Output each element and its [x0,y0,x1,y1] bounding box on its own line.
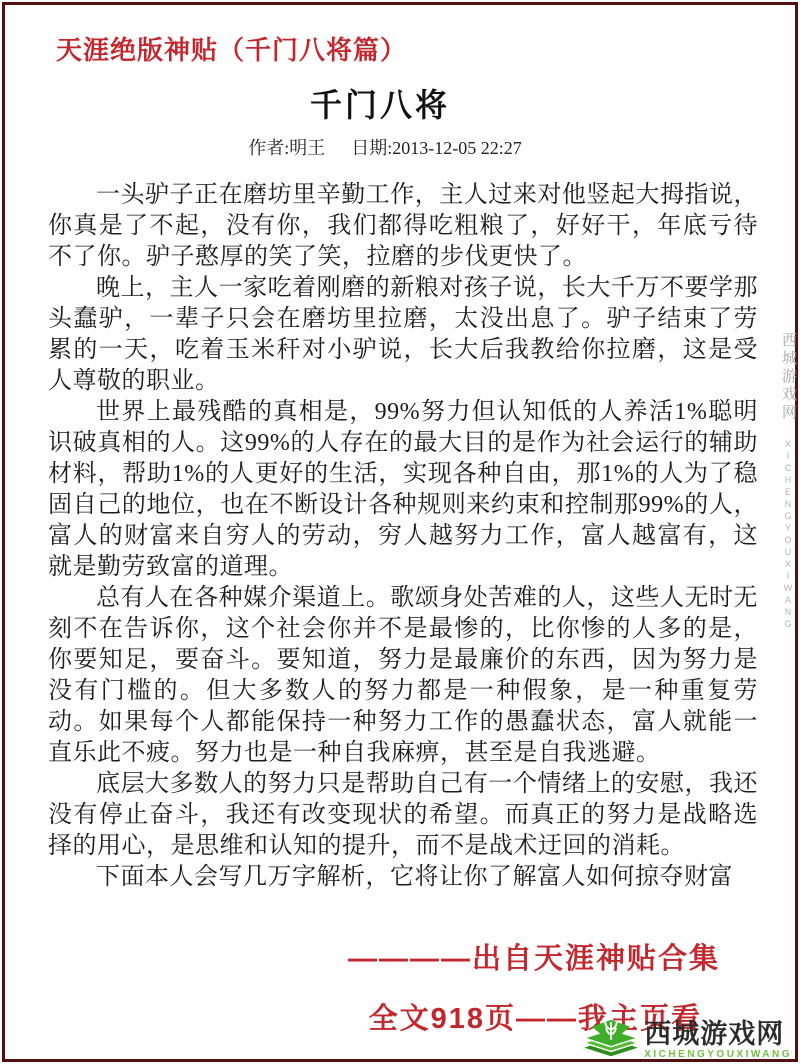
site-logo-name: 西城游戏网 [644,1020,784,1048]
byline: 作者:明王日期:2013-12-05 22:27 [0,134,770,160]
paragraph: 世界上最残酷的真相是，99%努力但认知低的人养活1%聪明识破真相的人。这99%的… [48,397,758,583]
author-label: 作者:明王 [248,138,325,158]
paragraph: 一头驴子正在磨坊里辛勤工作，主人过来对他竖起大拇指说，你真是了不起，没有你，我们… [48,180,758,273]
scanned-document-page: 天涯绝版神贴（千门八将篇） 千门八将 作者:明王日期:2013-12-05 22… [0,0,800,1064]
date-label: 日期:2013-12-05 22:27 [351,138,522,158]
vertical-watermark: 西城游戏网 XICHENGYOUXIWANG [780,332,796,631]
paragraph: 总有人在各种媒介渠道上。歌颂身处苦难的人，这些人无时无刻不在告诉你，这个社会你并… [48,583,758,769]
site-logo-text: 西城游戏网 XICHENGYOUXIWANG [644,1020,792,1059]
stacked-layers-icon [582,1018,640,1062]
site-logo-pinyin: XICHENGYOUXIWANG [644,1049,792,1060]
paragraph: 晚上，主人一家吃着刚磨的新粮对孩子说，长大千万不要学那头蠢驴，一辈子只会在磨坊里… [48,273,758,397]
paragraph: 底层大多数人的努力只是帮助自己有一个情绪上的安慰，我还没有停止奋斗，我还有改变现… [48,769,758,862]
footer-source-line: ————出自天涯神贴合集 [0,936,800,977]
site-logo: 西城游戏网 XICHENGYOUXIWANG [582,1018,792,1062]
vertical-watermark-name: 西城游戏网 [780,332,796,422]
article-body: 一头驴子正在磨坊里辛勤工作，主人过来对他竖起大拇指说，你真是了不起，没有你，我们… [48,180,758,893]
paragraph: 下面本人会写几万字解析，它将让你了解富人如何掠夺财富 [48,862,758,893]
vertical-watermark-pinyin: XICHENGYOUXIWANG [783,439,793,631]
page-title: 千门八将 [0,80,760,126]
series-title: 天涯绝版神贴（千门八将篇） [56,30,407,67]
